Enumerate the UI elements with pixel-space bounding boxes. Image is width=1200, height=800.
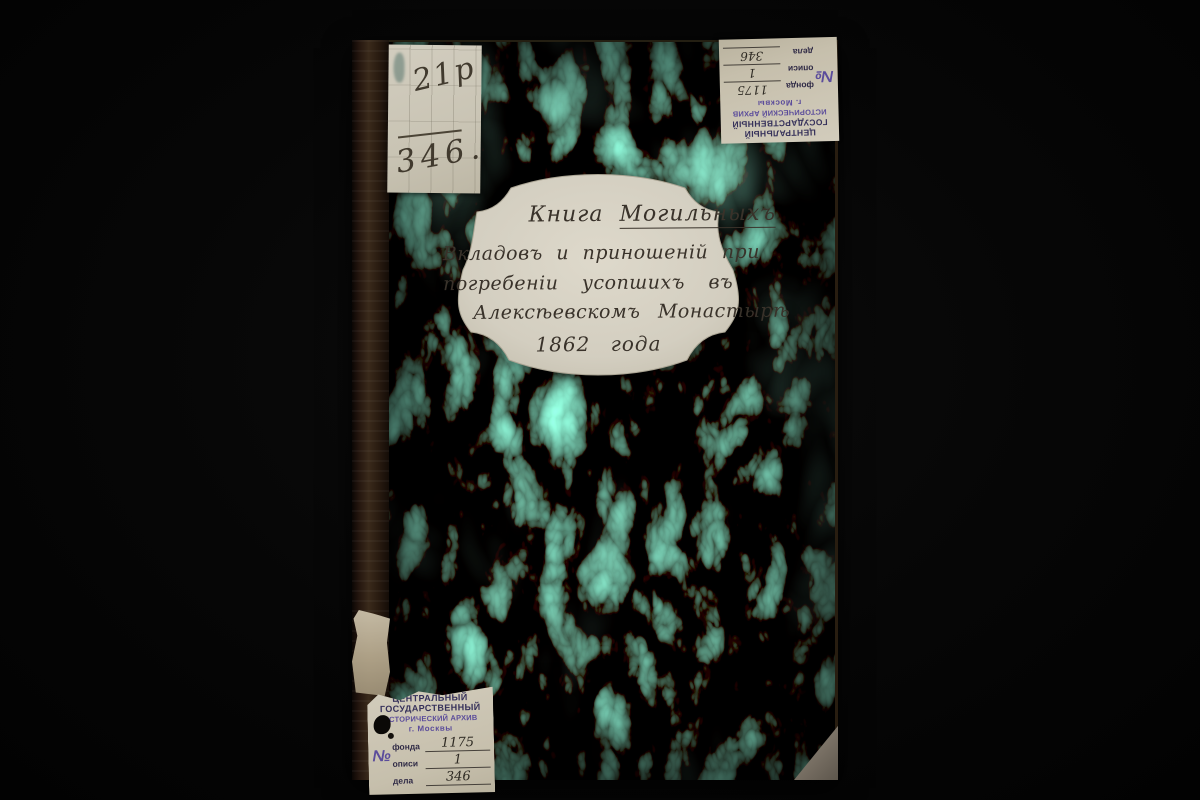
fond-label: фонда: [392, 741, 425, 753]
photo-background: 21р 346. ЦЕНТРАЛЬНЫЙ ГОСУДАРСТВЕННЫЙ ИСТ…: [0, 0, 1200, 800]
opis-row: описи 1: [723, 62, 813, 79]
delo-label: дела: [780, 45, 813, 57]
delo-value: 346: [426, 769, 491, 785]
fond-value: 1175: [425, 735, 490, 751]
stamp-rows: фонда 1175 описи 1 дела 346: [723, 43, 814, 96]
title-line-3: погребеніи усопшихъ въ: [443, 271, 753, 295]
opis-value: 1: [723, 63, 780, 79]
title-line-1: КнигаМогильныхъ: [442, 201, 752, 228]
book: 21р 346. ЦЕНТРАЛЬНЫЙ ГОСУДАРСТВЕННЫЙ ИСТ…: [352, 40, 838, 780]
spine-wear-patch: [352, 610, 390, 696]
shelf-number-numerator: 21р: [409, 50, 479, 99]
title-line-2: Вкладовъ и приношеній при: [443, 241, 753, 265]
opis-label: описи: [780, 62, 813, 74]
fond-row: фонда 1175: [724, 79, 814, 96]
ink-blot-small: [388, 733, 394, 739]
delo-row: дела 346: [723, 45, 813, 62]
archive-stamp-bottom-left: ЦЕНТРАЛЬНЫЙ ГОСУДАРСТВЕННЫЙ ИСТОРИЧЕСКИЙ…: [367, 687, 495, 795]
delo-row: дела 346: [393, 769, 491, 786]
fond-value: 1175: [724, 80, 781, 96]
stamp-fields: № фонда 1175 описи 1 дела 346: [723, 43, 834, 97]
title-line-4: Алексѣевскомъ Монастырѣ: [443, 300, 753, 324]
ink-smudge: [393, 53, 404, 83]
delo-value: 346: [723, 46, 780, 62]
fond-label: фонда: [781, 79, 814, 91]
delo-label: дела: [393, 775, 426, 787]
title-text: КнигаМогильныхъ Вкладовъ и приношеній пр…: [442, 167, 754, 389]
archive-name-line2: ГОСУДАРСТВЕННЫЙ: [725, 116, 835, 128]
opis-row: описи 1: [392, 752, 490, 769]
number-sign: №: [813, 43, 834, 94]
title-year-line: 1862 года: [443, 331, 753, 357]
title-word-mogilnyh: Могильныхъ: [619, 201, 776, 229]
opis-label: описи: [392, 758, 425, 770]
number-sign: №: [372, 737, 393, 788]
archive-stamp-top-right: ЦЕНТРАЛЬНЫЙ ГОСУДАРСТВЕННЫЙ ИСТОРИЧЕСКИЙ…: [719, 37, 840, 144]
stamp-rows: фонда 1175 описи 1 дела 346: [392, 735, 491, 788]
stamp-fields: № фонда 1175 описи 1 дела 346: [372, 735, 491, 789]
fond-row: фонда 1175: [392, 735, 490, 752]
opis-value: 1: [425, 752, 490, 768]
title-word-kniga: Книга: [528, 202, 603, 228]
title-cartouche: КнигаМогильныхъ Вкладовъ и приношеній пр…: [443, 168, 753, 388]
